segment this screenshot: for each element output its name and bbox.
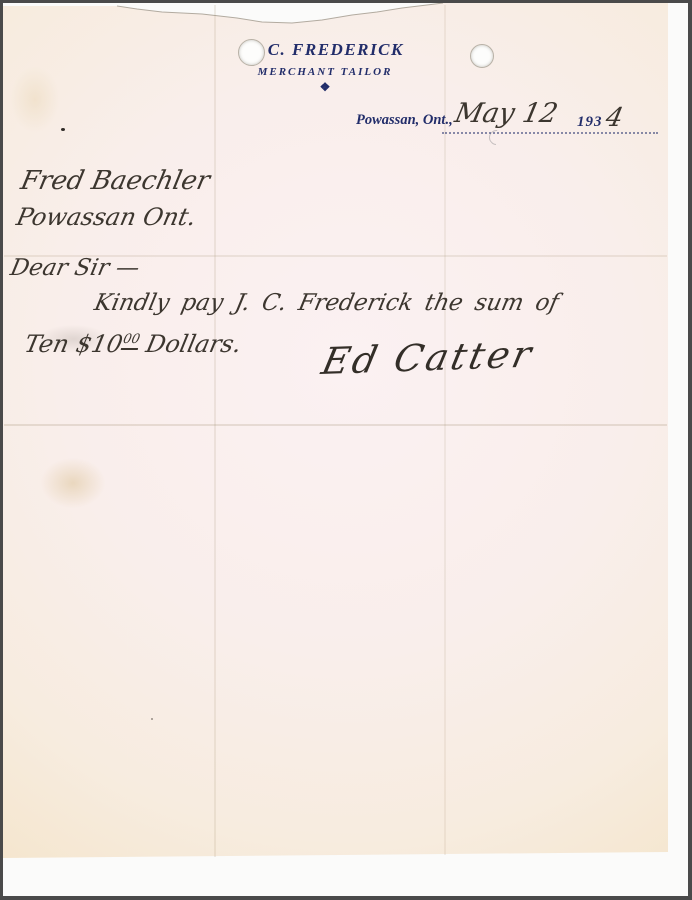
letterhead-subtitle: MERCHANT TAILOR — [225, 66, 425, 78]
punch-hole-right — [470, 44, 494, 68]
signature: Ed Catter — [318, 333, 538, 383]
dateline-place: Powassan, Ont., — [356, 112, 453, 129]
ink-dot — [61, 128, 65, 131]
amount-line: Ten $1000 Dollars. — [22, 330, 244, 358]
paper-speck — [151, 718, 153, 720]
handwritten-date: May 12 — [452, 98, 561, 129]
scanned-letter-frame: J. C. FREDERICK MERCHANT TAILOR ❖ Powass… — [0, 0, 692, 900]
amount-prefix: Ten $10 — [22, 330, 125, 358]
quatrefoil-ornament-icon: ❖ — [305, 80, 345, 95]
recipient-name: Fred Baechler — [18, 166, 213, 196]
salutation: Dear Sir — — [8, 255, 142, 281]
amount-suffix: Dollars. — [136, 330, 244, 358]
punch-hole-left — [238, 39, 265, 66]
body-line: Kindly pay J. C. Frederick the sum of — [92, 290, 561, 316]
recipient-place: Powassan Ont. — [14, 203, 199, 231]
printed-year-prefix: 193 — [577, 114, 603, 131]
